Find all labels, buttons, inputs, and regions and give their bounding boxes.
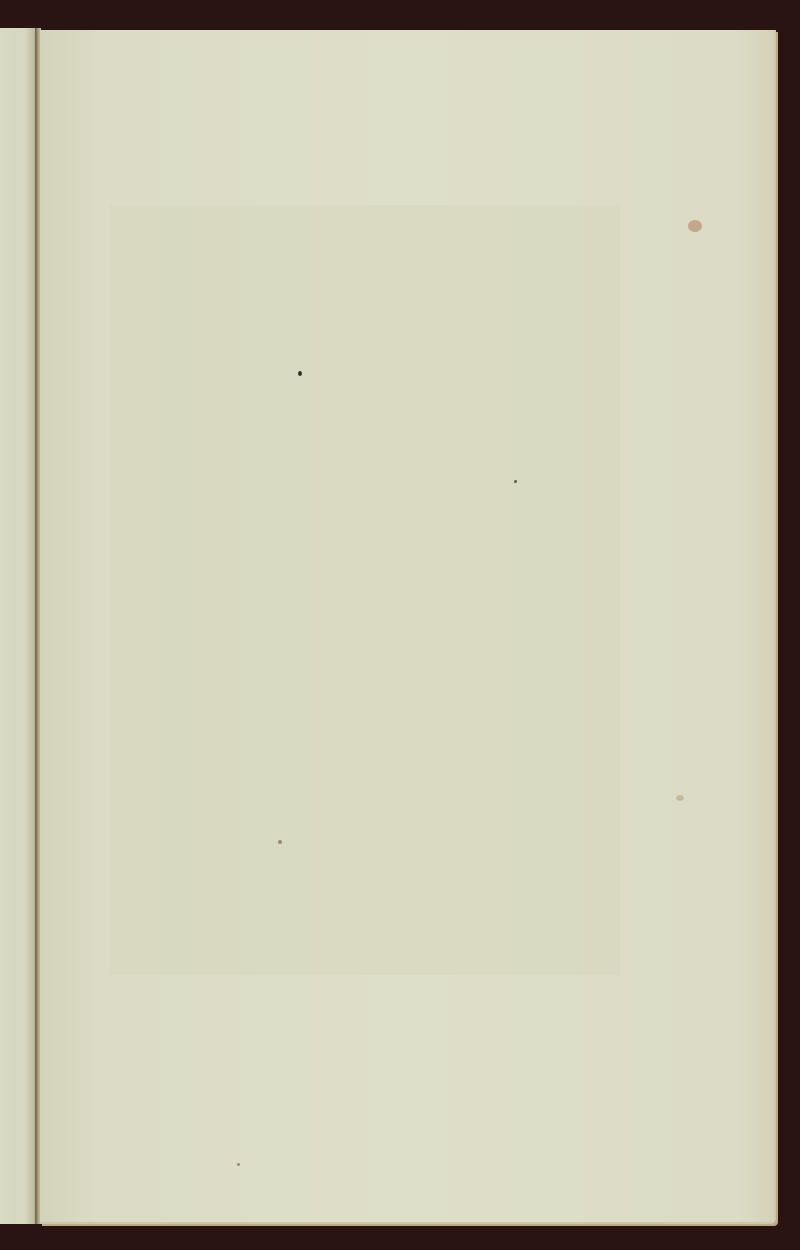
ink-speck bbox=[278, 840, 282, 844]
blank-page bbox=[40, 30, 776, 1224]
show-through-plate bbox=[110, 205, 620, 975]
ink-speck bbox=[514, 480, 517, 483]
foxing-spot bbox=[676, 795, 684, 801]
facing-page-edge bbox=[0, 28, 37, 1224]
ink-speck bbox=[237, 1163, 240, 1166]
foxing-spot bbox=[688, 220, 702, 232]
ink-speck bbox=[298, 371, 302, 376]
